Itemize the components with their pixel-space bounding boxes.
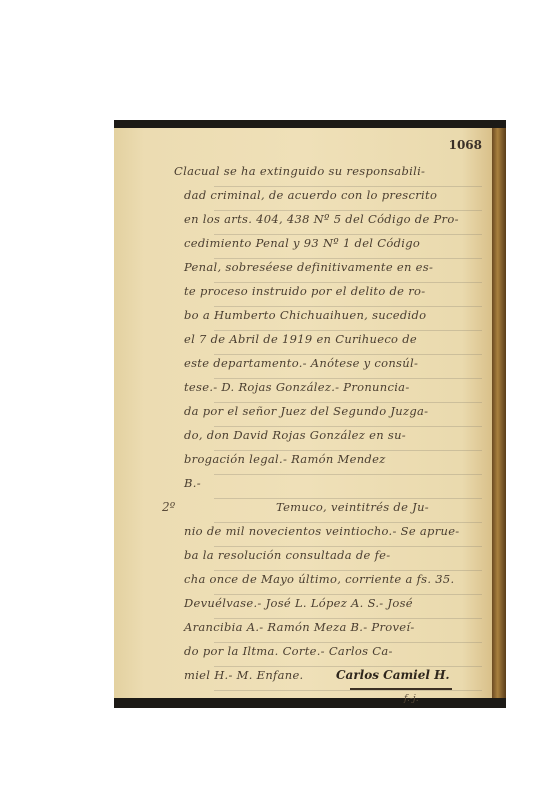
rule bbox=[214, 642, 482, 643]
rule bbox=[214, 450, 482, 451]
entry-2-number: 2º bbox=[162, 500, 175, 514]
rule bbox=[214, 282, 482, 283]
rule bbox=[214, 378, 482, 379]
rule bbox=[214, 498, 482, 499]
rule bbox=[214, 426, 482, 427]
text-line: bo a Humberto Chichuaihuen, sucedido bbox=[184, 308, 426, 322]
text-line: cha once de Mayo último, corriente a fs.… bbox=[184, 572, 454, 586]
rule bbox=[214, 186, 482, 187]
text-line: este departamento.- Anótese y consúl- bbox=[184, 356, 418, 370]
text-line: B.- bbox=[184, 476, 201, 490]
signature-underline bbox=[350, 688, 452, 690]
text-line: Penal, sobreséese definitivamente en es- bbox=[184, 260, 433, 274]
rule bbox=[214, 690, 482, 691]
rule bbox=[214, 402, 482, 403]
rule bbox=[214, 522, 482, 523]
text-line: cedimiento Penal y 93 Nº 1 del Código bbox=[184, 236, 420, 250]
text-line: tese.- D. Rojas González.- Pronuncia- bbox=[184, 380, 410, 394]
text-line: Arancibia A.- Ramón Meza B.- Proveí- bbox=[184, 620, 415, 634]
signature-mark: f.-j. bbox=[404, 694, 419, 704]
signature: Carlos Camiel H. bbox=[336, 668, 450, 682]
rule bbox=[214, 330, 482, 331]
rule bbox=[214, 594, 482, 595]
rule bbox=[214, 546, 482, 547]
text-line: miel H.- M. Enfane. bbox=[184, 668, 304, 682]
rule bbox=[214, 618, 482, 619]
rule bbox=[214, 570, 482, 571]
text-line: Devuélvase.- José L. López A. S.- José bbox=[184, 596, 413, 610]
text-line: dad criminal, de acuerdo con lo prescrit… bbox=[184, 188, 437, 202]
rule bbox=[214, 258, 482, 259]
paper-page: 1068 Clacual se ha bbox=[114, 128, 492, 698]
text-line: da por el señor Juez del Segundo Juzga- bbox=[184, 404, 428, 418]
text-line: Temuco, veintitrés de Ju- bbox=[276, 500, 429, 514]
book-edge bbox=[492, 128, 506, 698]
text-line: te proceso instruido por el delito de ro… bbox=[184, 284, 425, 298]
text-line: en los arts. 404, 438 Nº 5 del Código de… bbox=[184, 212, 459, 226]
text-line: brogación legal.- Ramón Mendez bbox=[184, 452, 386, 466]
text-line: do, don David Rojas González en su- bbox=[184, 428, 406, 442]
rule bbox=[214, 354, 482, 355]
text-line: el 7 de Abril de 1919 en Curihueco de bbox=[184, 332, 417, 346]
text-line: nio de mil novecientos veintiocho.- Se a… bbox=[184, 524, 460, 538]
rule bbox=[214, 210, 482, 211]
text-line: ba la resolución consultada de fe- bbox=[184, 548, 390, 562]
text-line: do por la Iltma. Corte.- Carlos Ca- bbox=[184, 644, 393, 658]
page-number: 1068 bbox=[449, 138, 482, 152]
rule bbox=[214, 474, 482, 475]
scanned-ledger-page: 1068 Clacual se ha bbox=[114, 120, 506, 708]
rule bbox=[214, 666, 482, 667]
text-line: Clacual se ha extinguido su responsabili… bbox=[174, 164, 425, 178]
rule bbox=[214, 306, 482, 307]
rule bbox=[214, 234, 482, 235]
